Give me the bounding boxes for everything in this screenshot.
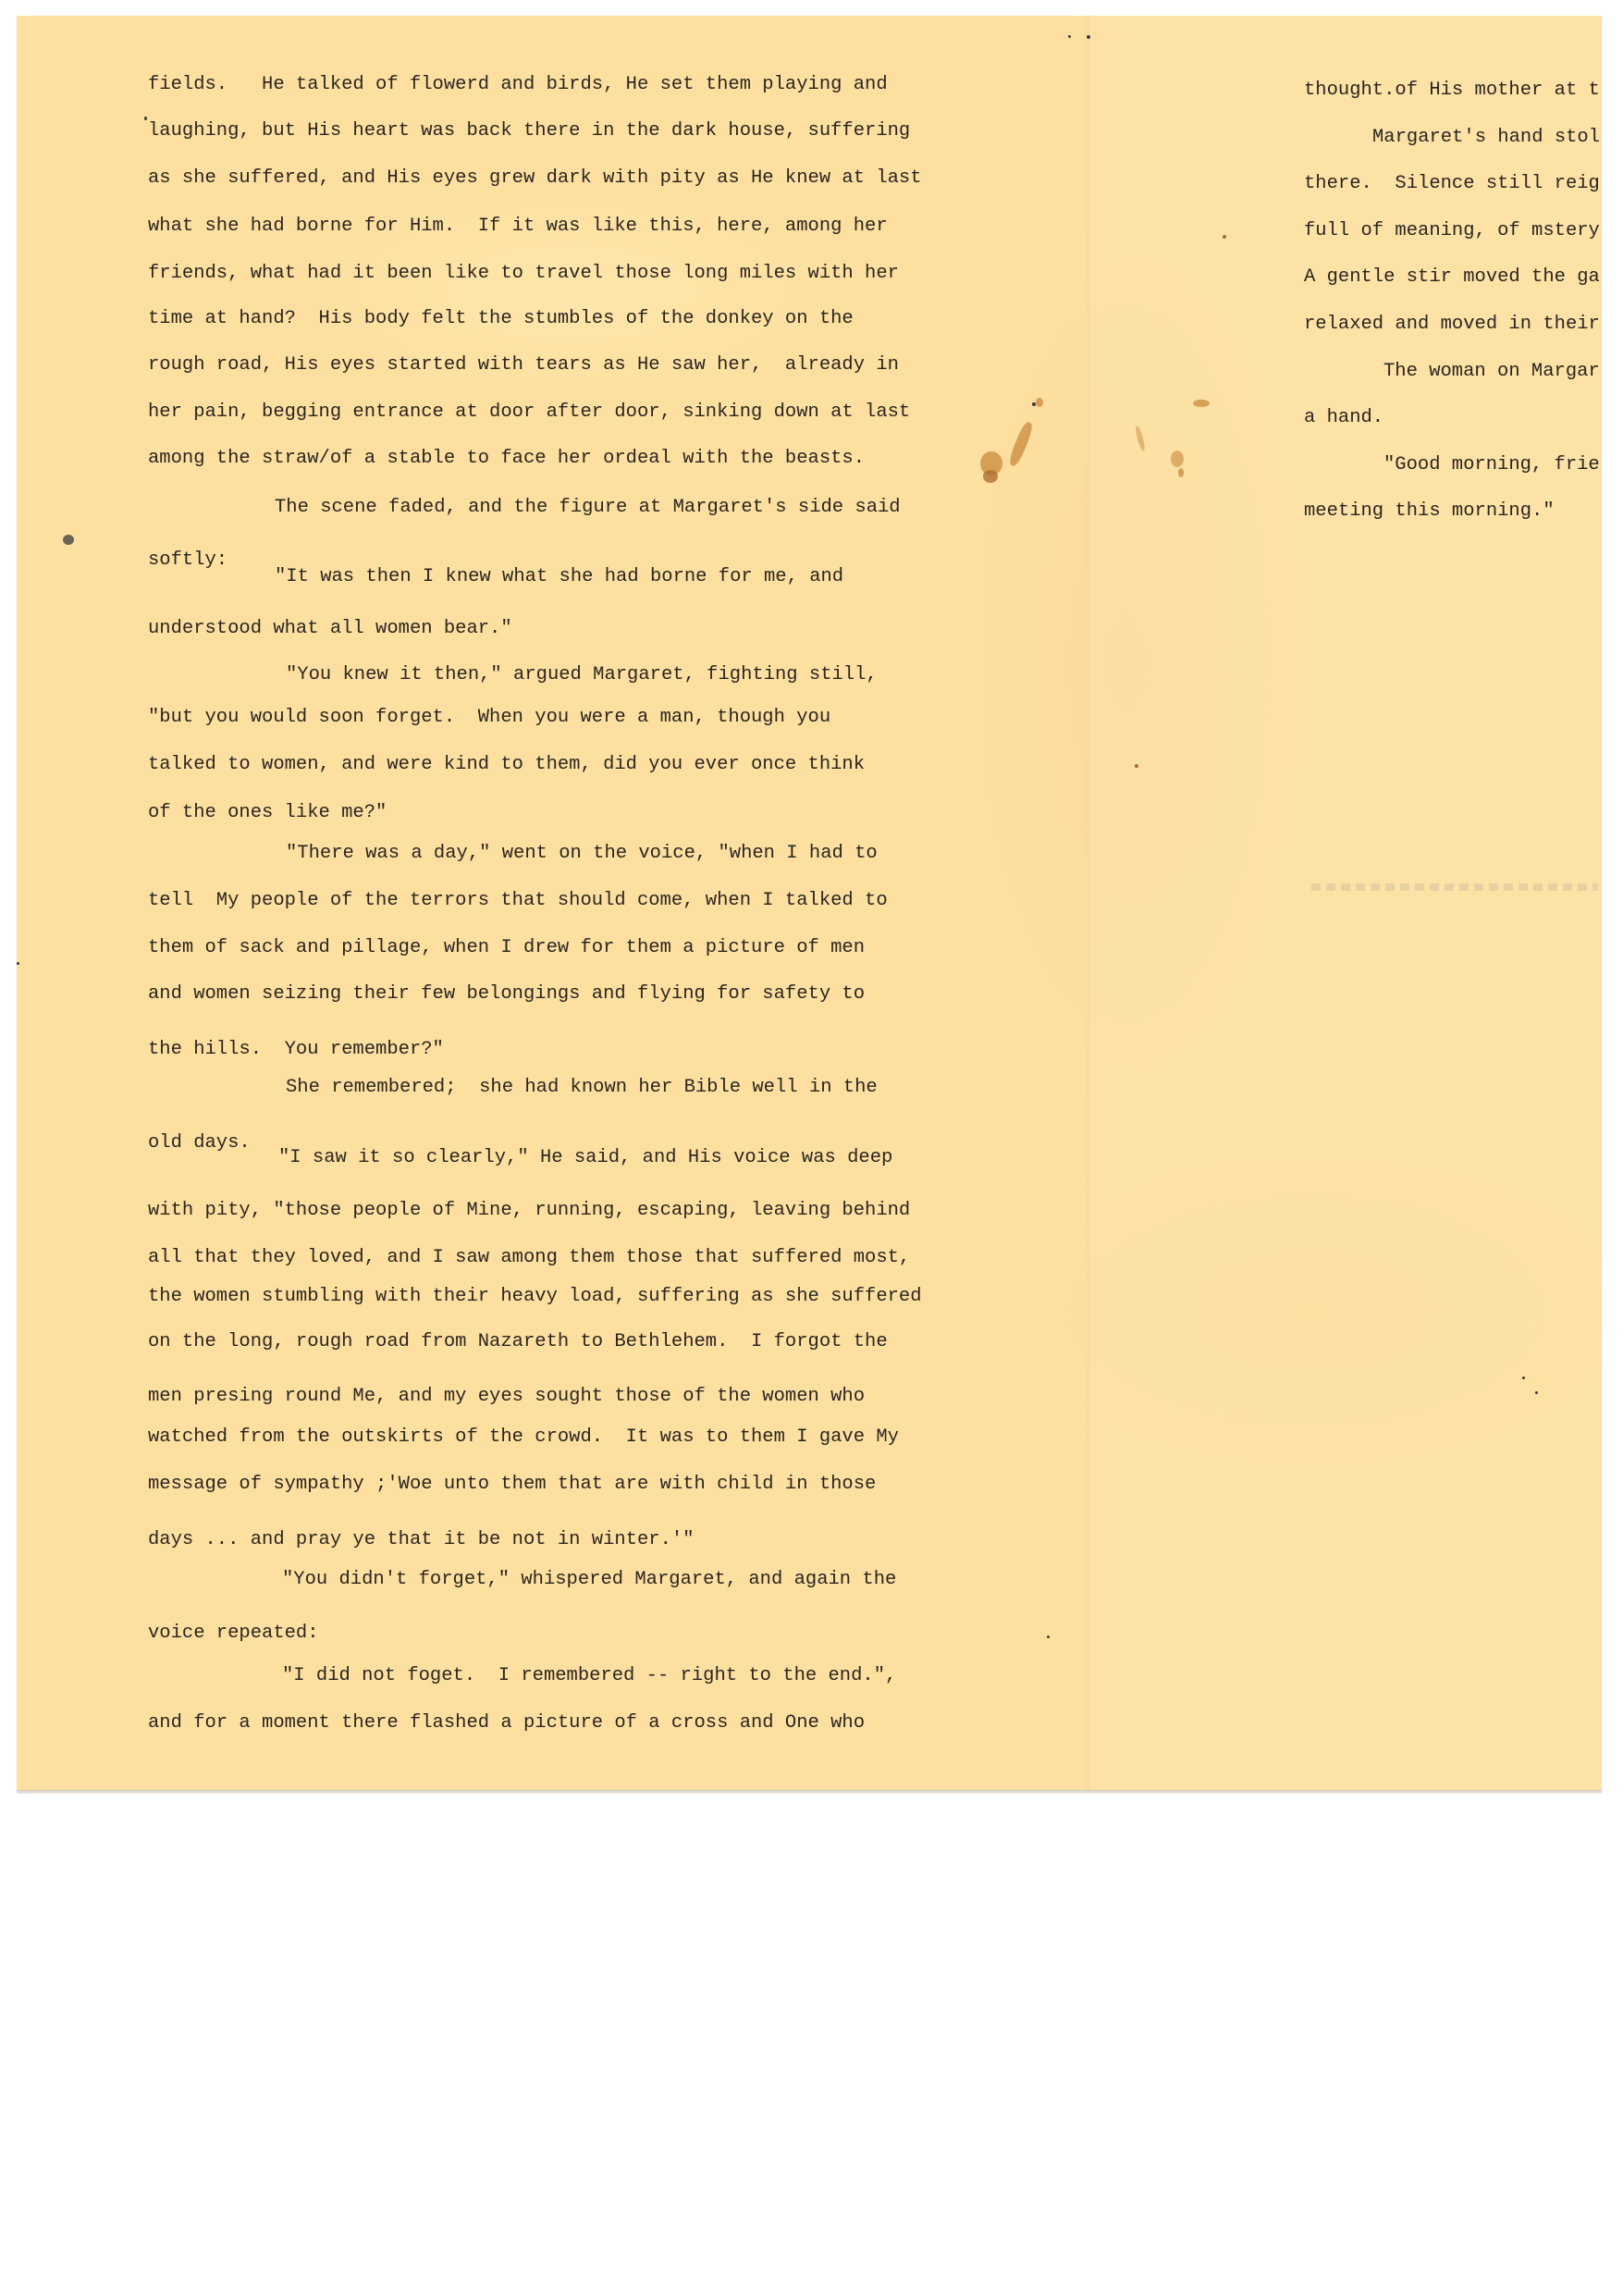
text-line: "You didn't forget," whispered Margaret,… xyxy=(282,1569,896,1591)
text-line: "I saw it so clearly," He said, and His … xyxy=(278,1147,892,1169)
text-line: with pity, "those people of Mine, runnin… xyxy=(148,1200,910,1222)
text-line: old days. xyxy=(148,1132,251,1154)
text-line: among the straw/of a stable to face her … xyxy=(148,448,865,470)
text-line: The woman on Margar xyxy=(1383,361,1600,383)
text-line: all that they loved, and I saw among the… xyxy=(148,1247,910,1269)
text-line: watched from the outskirts of the crowd.… xyxy=(148,1426,899,1449)
text-line: talked to women, and were kind to them, … xyxy=(148,754,865,776)
text-line: tell My people of the terrors that shoul… xyxy=(148,890,888,912)
text-line: fields. He talked of flowerd and birds, … xyxy=(148,74,888,96)
text-line: "I did not foget. I remembered -- right … xyxy=(282,1665,896,1687)
faint-offset-text-smudge xyxy=(1311,883,1598,891)
text-line: what she had borne for Him. If it was li… xyxy=(148,216,888,238)
text-line: time at hand? His body felt the stumbles… xyxy=(148,308,854,330)
text-line: thought.of His mother at t xyxy=(1304,80,1600,102)
text-line: understood what all women bear." xyxy=(148,618,512,640)
text-line: "Good morning, frie xyxy=(1383,454,1600,476)
text-line: the hills. You remember?" xyxy=(148,1039,444,1061)
text-line: on the long, rough road from Nazareth to… xyxy=(148,1331,888,1353)
text-line: "There was a day," went on the voice, "w… xyxy=(286,843,878,865)
text-line: relaxed and moved in their xyxy=(1304,314,1600,336)
text-line: She remembered; she had known her Bible … xyxy=(286,1077,878,1099)
text-line: a hand. xyxy=(1304,407,1383,429)
text-line: her pain, begging entrance at door after… xyxy=(148,401,910,424)
text-line: and for a moment there flashed a picture… xyxy=(148,1712,865,1734)
text-line: The scene faded, and the figure at Marga… xyxy=(275,497,901,519)
text-line: Margaret's hand stol xyxy=(1372,127,1600,149)
text-line: softly: xyxy=(148,549,227,572)
text-line: full of meaning, of mstery xyxy=(1304,220,1600,242)
text-line: rough road, His eyes started with tears … xyxy=(148,354,899,376)
text-line: message of sympathy ;'Woe unto them that… xyxy=(148,1474,876,1496)
text-line: voice repeated: xyxy=(148,1623,319,1645)
text-line: of the ones like me?" xyxy=(148,802,387,824)
text-line: and women seizing their few belongings a… xyxy=(148,983,865,1006)
text-line: the women stumbling with their heavy loa… xyxy=(148,1286,922,1308)
text-line: as she suffered, and His eyes grew dark … xyxy=(148,167,922,190)
page-fold-line xyxy=(1087,16,1089,1790)
text-line: them of sack and pillage, when I drew fo… xyxy=(148,937,865,959)
text-line: laughing, but His heart was back there i… xyxy=(148,120,910,142)
text-line: meeting this morning." xyxy=(1304,500,1555,523)
text-line: days ... and pray ye that it be not in w… xyxy=(148,1529,695,1551)
text-line: there. Silence still reig xyxy=(1304,173,1600,195)
text-line: friends, what had it been like to travel… xyxy=(148,263,899,285)
text-line: men presing round Me, and my eyes sought… xyxy=(148,1386,865,1408)
text-line: A gentle stir moved the ga xyxy=(1304,266,1600,289)
text-line: "but you would soon forget. When you wer… xyxy=(148,707,830,729)
text-line: "You knew it then," argued Margaret, fig… xyxy=(286,664,878,686)
text-line: "It was then I knew what she had borne f… xyxy=(275,566,843,588)
